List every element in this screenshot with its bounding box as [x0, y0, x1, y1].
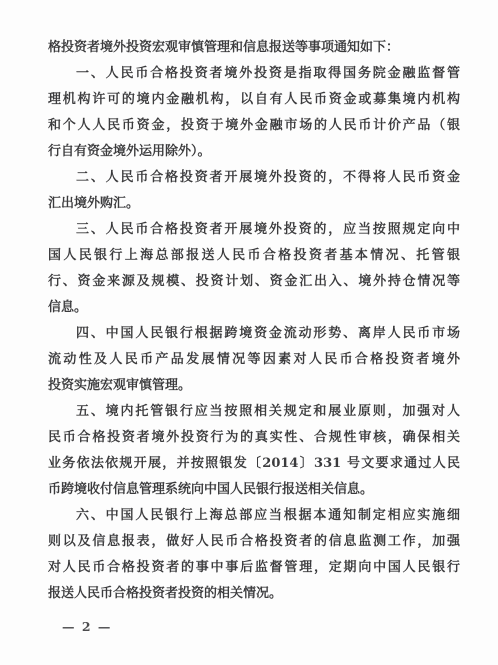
text-line: 民币合格投资者境外投资行为的真实性、合规性审核，确保相关	[48, 425, 460, 451]
text-line: 格投资者境外投资宏观审慎管理和信息报送等事项通知如下：	[48, 35, 460, 61]
text-line: 对人民币合格投资者的事中事后监督管理，定期向中国人民银行	[48, 555, 460, 581]
text-line: 投资实施宏观审慎管理。	[48, 373, 460, 399]
paragraph: 一、人民币合格投资者境外投资是指取得国务院金融监督管理机构许可的境内金融机构，以…	[48, 61, 460, 165]
text-line: 则以及信息报表，做好人民币合格投资者的信息监测工作，加强	[48, 529, 460, 555]
text-line: 信息。	[48, 295, 460, 321]
text-line: 四、中国人民银行根据跨境资金流动形势、离岸人民币市场	[48, 321, 460, 347]
text-line: 汇出境外购汇。	[48, 191, 460, 217]
text-line: 业务依法依规开展，并按照银发〔2014〕331 号文要求通过人民	[48, 451, 460, 477]
text-line: 行自有资金境外运用除外）。	[48, 139, 460, 165]
text-line: 报送人民币合格投资者投资的相关情况。	[48, 581, 460, 607]
paragraph: 三、人民币合格投资者开展境外投资的，应当按照规定向中国人民银行上海总部报送人民币…	[48, 217, 460, 321]
text-line: 和个人人民币资金，投资于境外金融市场的人民币计价产品（银	[48, 113, 460, 139]
text-line: 二、人民币合格投资者开展境外投资的，不得将人民币资金	[48, 165, 460, 191]
text-line: 理机构许可的境内金融机构，以自有人民币资金或募集境内机构	[48, 87, 460, 113]
text-line: 五、境内托管银行应当按照相关规定和展业原则，加强对人	[48, 399, 460, 425]
page-number: — 2 —	[62, 617, 112, 637]
text-line: 一、人民币合格投资者境外投资是指取得国务院金融监督管	[48, 61, 460, 87]
text-line: 流动性及人民币产品发展情况等因素对人民币合格投资者境外	[48, 347, 460, 373]
paragraph: 五、境内托管银行应当按照相关规定和展业原则，加强对人民币合格投资者境外投资行为的…	[48, 399, 460, 503]
paragraph: 二、人民币合格投资者开展境外投资的，不得将人民币资金汇出境外购汇。	[48, 165, 460, 217]
paragraph: 四、中国人民银行根据跨境资金流动形势、离岸人民币市场流动性及人民币产品发展情况等…	[48, 321, 460, 399]
paragraph: 格投资者境外投资宏观审慎管理和信息报送等事项通知如下：	[48, 35, 460, 61]
paragraph: 六、中国人民银行上海总部应当根据本通知制定相应实施细则以及信息报表，做好人民币合…	[48, 503, 460, 607]
document-page: 格投资者境外投资宏观审慎管理和信息报送等事项通知如下：一、人民币合格投资者境外投…	[0, 0, 498, 665]
text-line: 六、中国人民银行上海总部应当根据本通知制定相应实施细	[48, 503, 460, 529]
text-line: 币跨境收付信息管理系统向中国人民银行报送相关信息。	[48, 477, 460, 503]
document-body: 格投资者境外投资宏观审慎管理和信息报送等事项通知如下：一、人民币合格投资者境外投…	[48, 35, 460, 607]
text-line: 国人民银行上海总部报送人民币合格投资者基本情况、托管银	[48, 243, 460, 269]
text-line: 行、资金来源及规模、投资计划、资金汇出入、境外持仓情况等	[48, 269, 460, 295]
text-line: 三、人民币合格投资者开展境外投资的，应当按照规定向中	[48, 217, 460, 243]
